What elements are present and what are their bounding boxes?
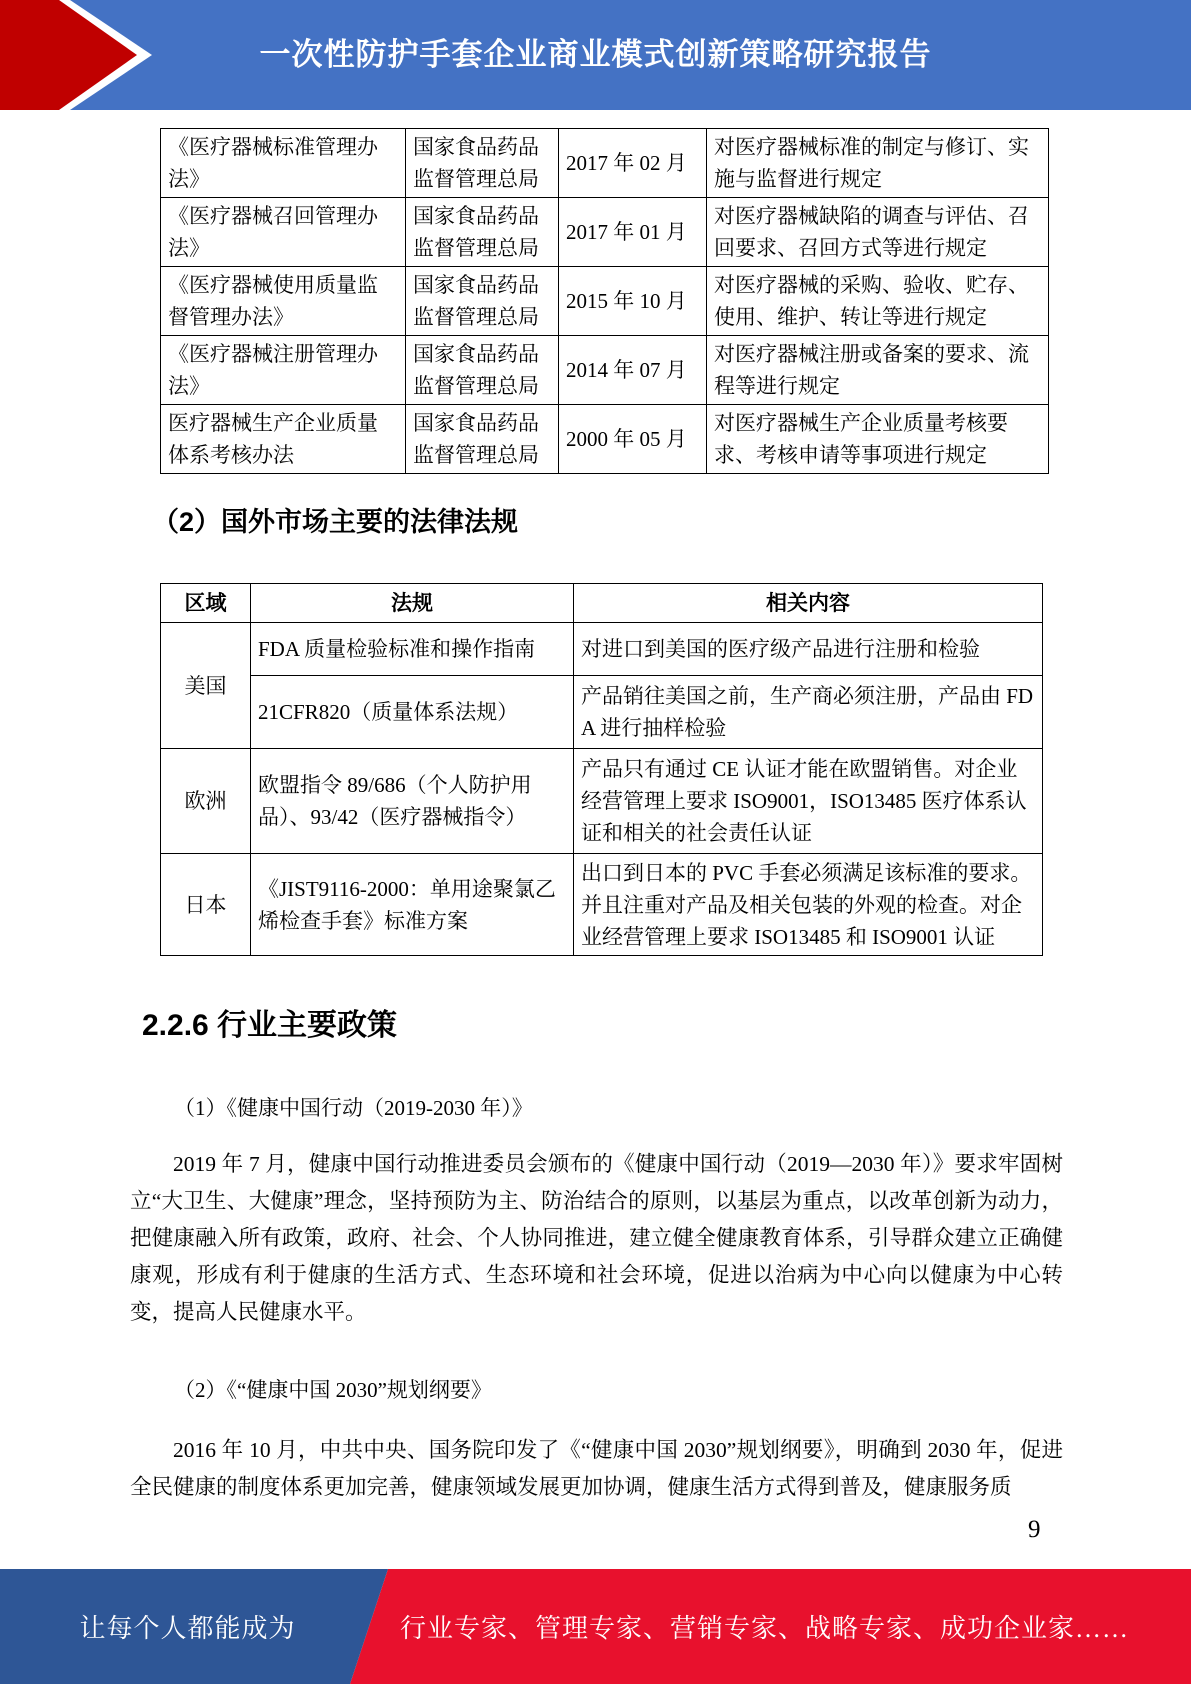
region-cell: 美国 (161, 623, 251, 749)
regulation-agency: 国家食品药品监督管理总局 (406, 129, 559, 198)
table-row: 《医疗器械使用质量监督管理办法》 国家食品药品监督管理总局 2015 年 10 … (161, 267, 1049, 336)
regulation-name: 《医疗器械标准管理办法》 (161, 129, 406, 198)
regulation-agency: 国家食品药品监督管理总局 (406, 405, 559, 474)
regulation-date: 2014 年 07 月 (559, 336, 707, 405)
regulation-content: 对医疗器械生产企业质量考核要求、考核申请等事项进行规定 (707, 405, 1049, 474)
content-cell: 对进口到美国的医疗级产品进行注册和检验 (574, 623, 1043, 676)
table-row: 医疗器械生产企业质量体系考核办法 国家食品药品监督管理总局 2000 年 05 … (161, 405, 1049, 474)
regulation-date: 2017 年 02 月 (559, 129, 707, 198)
header-band: 一次性防护手套企业商业模式创新策略研究报告 (0, 0, 1191, 110)
column-header-content: 相关内容 (574, 584, 1043, 623)
regulation-name: 《医疗器械注册管理办法》 (161, 336, 406, 405)
column-header-law: 法规 (251, 584, 574, 623)
policy-item-2-label: （2）《“健康中国 2030”规划纲要》 (174, 1374, 492, 1404)
regulation-name: 《医疗器械召回管理办法》 (161, 198, 406, 267)
regulation-name: 医疗器械生产企业质量体系考核办法 (161, 405, 406, 474)
regulation-content: 对医疗器械标准的制定与修订、实施与监督进行规定 (707, 129, 1049, 198)
law-cell: 21CFR820（质量体系法规） (251, 676, 574, 749)
regulation-date: 2000 年 05 月 (559, 405, 707, 474)
content-cell: 产品只有通过 CE 认证才能在欧盟销售。对企业经营管理上要求 ISO9001，I… (574, 749, 1043, 854)
report-title: 一次性防护手套企业商业模式创新策略研究报告 (0, 0, 1191, 102)
table-header-row: 区域 法规 相关内容 (161, 584, 1043, 623)
page-number: 9 (1028, 1516, 1041, 1544)
column-header-region: 区域 (161, 584, 251, 623)
law-cell: 欧盟指令 89/686（个人防护用品）、93/42（医疗器械指令） (251, 749, 574, 854)
table-row: 日本 《JIST9116-2000：单用途聚氯乙烯检查手套》标准方案 出口到日本… (161, 854, 1043, 956)
table-row: 《医疗器械标准管理办法》 国家食品药品监督管理总局 2017 年 02 月 对医… (161, 129, 1049, 198)
content-cell: 产品销往美国之前，生产商必须注册，产品由 FDA 进行抽样检验 (574, 676, 1043, 749)
regulation-agency: 国家食品药品监督管理总局 (406, 336, 559, 405)
footer-slogan-left: 让每个人都能成为 (0, 1569, 375, 1684)
domestic-regulations-table: 《医疗器械标准管理办法》 国家食品药品监督管理总局 2017 年 02 月 对医… (160, 128, 1049, 474)
footer-band: 让每个人都能成为 行业专家、管理专家、营销专家、战略专家、成功企业家…… (0, 1569, 1191, 1684)
policy-paragraph-1: 2019 年 7 月，健康中国行动推进委员会颁布的《健康中国行动（2019—20… (130, 1146, 1063, 1331)
regulation-agency: 国家食品药品监督管理总局 (406, 267, 559, 336)
regulation-content: 对医疗器械缺陷的调查与评估、召回要求、召回方式等进行规定 (707, 198, 1049, 267)
law-cell: FDA 质量检验标准和操作指南 (251, 623, 574, 676)
content-cell: 出口到日本的 PVC 手套必须满足该标准的要求。并且注重对产品及相关包装的外观的… (574, 854, 1043, 956)
table-row: 21CFR820（质量体系法规） 产品销往美国之前，生产商必须注册，产品由 FD… (161, 676, 1043, 749)
policy-paragraph-2: 2016 年 10 月，中共中央、国务院印发了《“健康中国 2030”规划纲要》… (130, 1432, 1063, 1506)
footer-slogan-right: 行业专家、管理专家、营销专家、战略专家、成功企业家…… (400, 1569, 1129, 1684)
regulation-content: 对医疗器械的采购、验收、贮存、使用、维护、转让等进行规定 (707, 267, 1049, 336)
policy-item-1-label: （1）《健康中国行动（2019-2030 年）》 (174, 1092, 533, 1122)
overseas-section-heading: （2）国外市场主要的法律法规 (152, 500, 518, 539)
regulation-date: 2017 年 01 月 (559, 198, 707, 267)
table-row: 《医疗器械注册管理办法》 国家食品药品监督管理总局 2014 年 07 月 对医… (161, 336, 1049, 405)
region-cell: 日本 (161, 854, 251, 956)
overseas-regulations-table: 区域 法规 相关内容 美国 FDA 质量检验标准和操作指南 对进口到美国的医疗级… (160, 583, 1043, 956)
regulation-agency: 国家食品药品监督管理总局 (406, 198, 559, 267)
table-row: 《医疗器械召回管理办法》 国家食品药品监督管理总局 2017 年 01 月 对医… (161, 198, 1049, 267)
regulation-content: 对医疗器械注册或备案的要求、流程等进行规定 (707, 336, 1049, 405)
regulation-date: 2015 年 10 月 (559, 267, 707, 336)
regulation-name: 《医疗器械使用质量监督管理办法》 (161, 267, 406, 336)
policy-section-heading: 2.2.6 行业主要政策 (142, 1000, 397, 1044)
law-cell: 《JIST9116-2000：单用途聚氯乙烯检查手套》标准方案 (251, 854, 574, 956)
table-row: 欧洲 欧盟指令 89/686（个人防护用品）、93/42（医疗器械指令） 产品只… (161, 749, 1043, 854)
table-row: 美国 FDA 质量检验标准和操作指南 对进口到美国的医疗级产品进行注册和检验 (161, 623, 1043, 676)
region-cell: 欧洲 (161, 749, 251, 854)
document-page: 一次性防护手套企业商业模式创新策略研究报告 《医疗器械标准管理办法》 国家食品药… (0, 0, 1191, 1684)
